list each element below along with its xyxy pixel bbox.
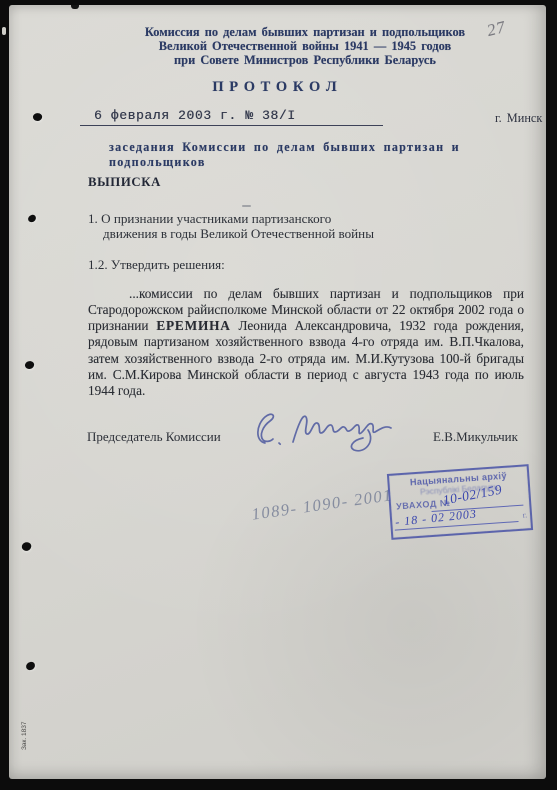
- org-name-line: при Совете Министров Республики Беларусь: [67, 53, 543, 67]
- punch-hole: [20, 540, 32, 552]
- punch-hole: [27, 214, 37, 223]
- scan-artifact: [2, 27, 6, 35]
- scan-artifact: [242, 205, 251, 207]
- recognized-person-name: ЕРЕМИНА: [156, 318, 230, 333]
- punch-hole: [32, 112, 43, 123]
- agenda-item-1-line2: движения в годы Великой Отечественной во…: [88, 226, 374, 241]
- scanned-document: 27 Комиссия по делам бывших партизан и п…: [0, 0, 557, 790]
- print-order-mark: Зак. 1837: [21, 722, 28, 750]
- org-name-line: Великой Отечественной войны 1941 — 1945 …: [67, 39, 543, 53]
- document-page: 27 Комиссия по делам бывших партизан и п…: [9, 5, 546, 779]
- chairman-role-label: Председатель Комиссии: [87, 429, 221, 445]
- org-name-line: Комиссия по делам бывших партизан и подп…: [67, 25, 543, 39]
- scan-artifact: [71, 5, 79, 9]
- city-label: г. Минск: [495, 111, 542, 126]
- agenda-item-1-line1: 1. О признании участниками партизанского: [88, 211, 374, 226]
- decision-paragraph: ...комиссии по делам бывших партизан и п…: [88, 286, 524, 399]
- punch-hole: [24, 360, 34, 369]
- stamp-date-suffix: г.: [522, 510, 527, 519]
- chairman-signature: [247, 401, 407, 459]
- doc-type-title: П Р О Т О К О Л: [45, 79, 505, 96]
- punch-hole: [25, 661, 35, 670]
- archive-entry-stamp: Нацыянальны архіў Рэспублікі Беларусь УВ…: [387, 464, 533, 540]
- agenda-item-1-2: 1.2. Утвердить решения:: [88, 257, 225, 273]
- org-name: Комиссия по делам бывших партизан и подп…: [67, 25, 543, 68]
- chairman-name: Е.В.Микульчик: [433, 429, 518, 445]
- session-subject-line: заседания Комиссии по делам бывших парти…: [109, 140, 546, 170]
- extract-label: ВЫПИСКА: [88, 175, 161, 190]
- agenda-item-1: 1. О признании участниками партизанского…: [88, 211, 374, 242]
- date-number-line: 6 февраля 2003 г. № 38/I: [80, 108, 383, 126]
